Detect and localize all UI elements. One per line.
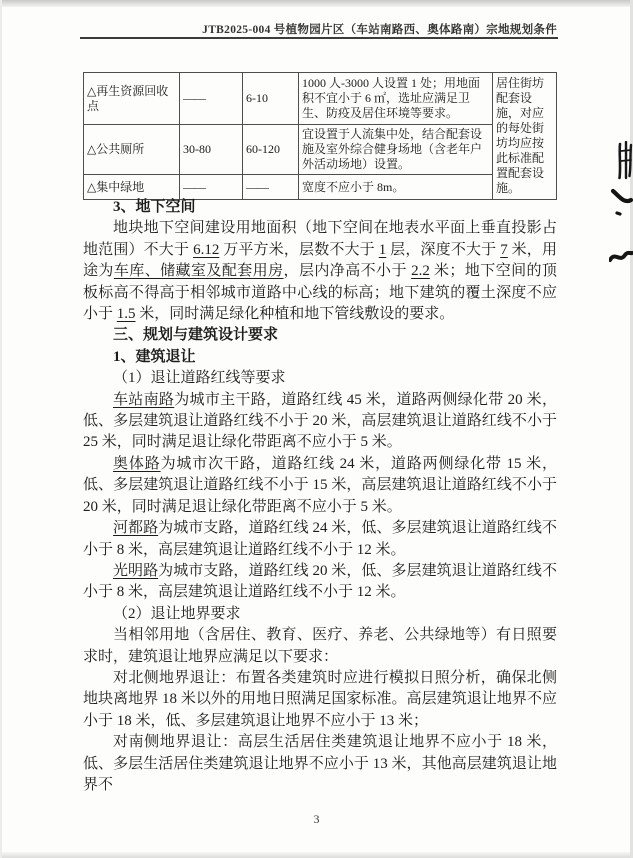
ink-mark-2 (611, 187, 633, 219)
document-header-title: JTB2025-004 号植物园片区（车站南路西、奥体路南）宗地规划条件 (80, 21, 557, 37)
table-note-cell: 居住街坊配套设施，对应的每处街坊均应按此标准配置配套设施。 (493, 73, 557, 200)
table-row: △再生资源回收点 —— 6-10 1000 人-3000 人设置 1 处；用地面… (84, 73, 557, 125)
paragraph-aoti-road: 奥体路为城市次干路，道路红线 24 米，道路两侧绿化带 15 米，低、多层建筑退… (83, 454, 557, 518)
paragraph-hedu-road: 河都路为城市支路，道路红线 24 米，低、多层建筑退让道路红线不小于 8 米，高… (83, 518, 557, 561)
per-capita-cell: —— (180, 175, 243, 200)
per-capita-cell: —— (180, 73, 243, 125)
heading-building-setback: 1、建筑退让 (83, 347, 557, 368)
ink-mark-3 (609, 245, 633, 269)
paragraph-north-boundary: 对北侧地界退让：布置各类建筑时应进行模拟日照分析，确保北侧地块离地界 18 米以… (83, 668, 557, 732)
scan-edge-left (0, 0, 2, 858)
heading-boundary-setback: （2）退让地界要求 (83, 604, 557, 625)
per-capita-cell: 30-80 (180, 125, 243, 175)
land-area-cell: 60-120 (243, 125, 299, 175)
scanned-document-page: JTB2025-004 号植物园片区（车站南路西、奥体路南）宗地规划条件 △再生… (0, 0, 633, 858)
heading-underground-space: 3、地下空间 (83, 197, 557, 218)
facility-name-cell: △再生资源回收点 (84, 73, 180, 125)
facility-name-cell: △集中绿地 (84, 175, 180, 200)
heading-road-redline-setback: （1）退让道路红线等要求 (83, 368, 557, 389)
facilities-table: △再生资源回收点 —— 6-10 1000 人-3000 人设置 1 处；用地面… (83, 72, 557, 200)
heading-planning-design-requirements: 三、规划与建筑设计要求 (83, 325, 557, 346)
paragraph-south-boundary: 对南侧地界退让：高层生活居住类建筑退让地界不应小于 18 米，低、多层生活居住类… (83, 732, 557, 796)
land-area-cell: 6-10 (243, 73, 299, 125)
paragraph-chezhannan-road: 车站南路为城市主干路，道路红线 45 米，道路两侧绿化带 20 米，低、多层建筑… (83, 390, 557, 454)
paragraph-guangming-road: 光明路为城市支路，道路红线 20 米，低、多层建筑退让道路红线不小于 8 米，高… (83, 561, 557, 604)
table-row: △集中绿地 —— —— 宽度不应小于 8m。 (84, 175, 557, 200)
scan-edge-top (0, 0, 633, 7)
facility-name-cell: △公共厕所 (84, 125, 180, 175)
document-body: 3、地下空间 地块地下空间建设用地面积（地下空间在地表水平面上垂直投影占地范围）… (83, 197, 557, 796)
paragraph-adjacent-land: 当相邻用地（含居住、教育、医疗、养老、公共绿地等）有日照要求时，建筑退让地界应满… (83, 625, 557, 668)
header-rule (80, 37, 558, 39)
page-number: 3 (0, 812, 633, 827)
table-row: △公共厕所 30-80 60-120 宜设置于人流集中处，结合配套设施及室外综合… (84, 125, 557, 175)
land-area-cell: —— (243, 175, 299, 200)
facility-desc-cell: 1000 人-3000 人设置 1 处；用地面积不宜小于 6 ㎡，选址应满足卫生… (299, 73, 493, 125)
facility-desc-cell: 宽度不应小于 8m。 (299, 175, 493, 200)
scan-edge-bottom (0, 852, 633, 858)
paragraph-underground-space: 地块地下空间建设用地面积（地下空间在地表水平面上垂直投影占地范围）不大于 6.1… (83, 218, 557, 325)
ink-mark-1 (616, 141, 633, 181)
facility-desc-cell: 宜设置于人流集中处，结合配套设施及室外综合健身场地（含老年户外活动场地）设置。 (299, 125, 493, 175)
